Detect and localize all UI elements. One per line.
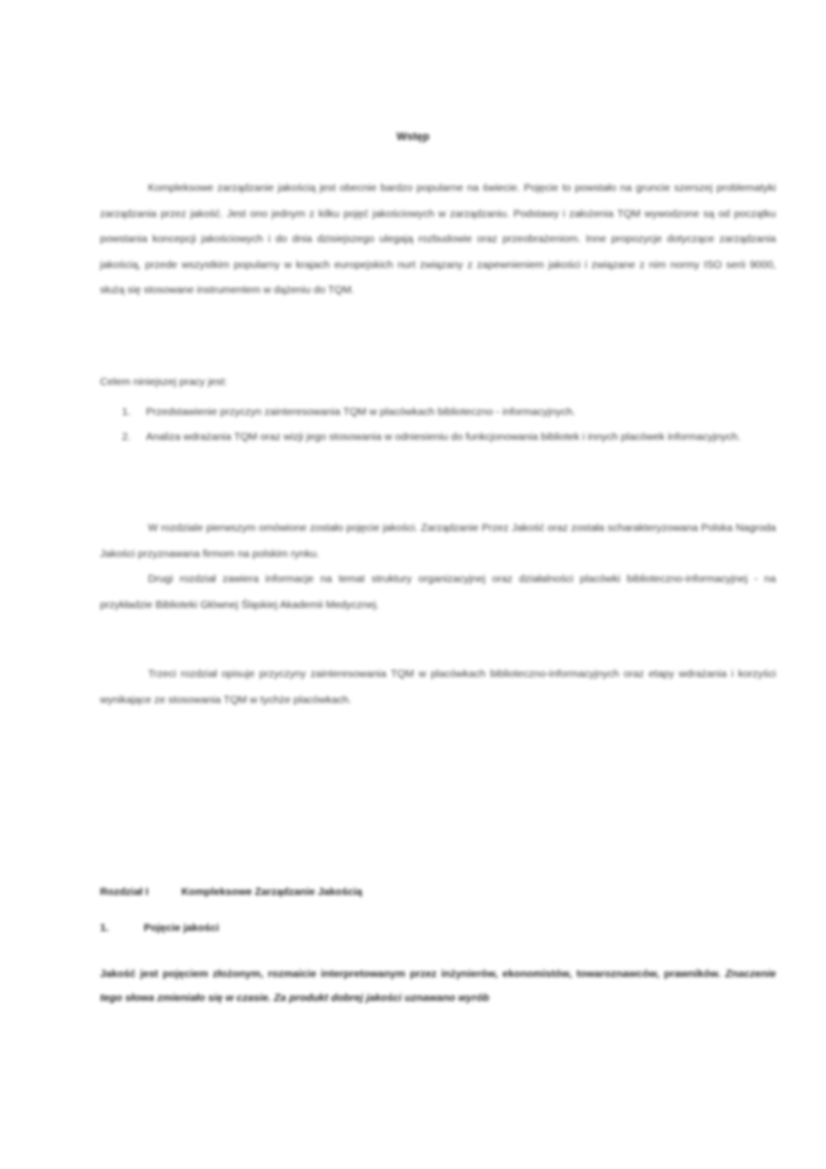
section-number: 1. bbox=[100, 922, 109, 934]
chapter-label: Rozdział I bbox=[100, 886, 148, 898]
chapter-heading: Rozdział I Kompleksowe Zarządzanie Jakoś… bbox=[100, 886, 362, 898]
body-paragraph: Jakość jest pojęciem złożonym, rozmaicie… bbox=[100, 962, 776, 1010]
goal-text: Przedstawienie przyczyn zainteresowania … bbox=[146, 406, 575, 418]
goal-number: 2. bbox=[122, 425, 131, 450]
intro-paragraph: Kompleksowe zarządzanie jakością jest ob… bbox=[100, 176, 776, 304]
goals-list: 1. Przedstawienie przyczyn zainteresowan… bbox=[100, 400, 776, 450]
chapter-summary-3: Trzeci rozdział opisuje przyczyny zainte… bbox=[100, 662, 776, 713]
goal-intro: Celem niniejszej pracy jest: bbox=[100, 370, 776, 396]
section-title: Pojęcie jakości bbox=[144, 922, 219, 934]
goal-item: 1. Przedstawienie przyczyn zainteresowan… bbox=[100, 400, 776, 425]
document-page: Wstęp Kompleksowe zarządzanie jakością j… bbox=[0, 0, 826, 1169]
page-heading: Wstęp bbox=[0, 131, 826, 143]
goal-text: Analiza wdrażania TQM oraz wizji jego st… bbox=[146, 431, 741, 443]
chapter-summary-2: Drugi rozdział zawiera informacje na tem… bbox=[100, 567, 776, 618]
chapter-title: Kompleksowe Zarządzanie Jakością bbox=[181, 886, 362, 898]
goal-item: 2. Analiza wdrażania TQM oraz wizji jego… bbox=[100, 425, 776, 450]
section-heading: 1. Pojęcie jakości bbox=[100, 922, 219, 934]
body-paragraph-text: Jakość jest pojęciem złożonym, rozmaicie… bbox=[100, 968, 725, 980]
goal-number: 1. bbox=[122, 400, 131, 425]
chapter-summary-1: W rozdziale pierwszym omówione zostało p… bbox=[100, 516, 776, 567]
